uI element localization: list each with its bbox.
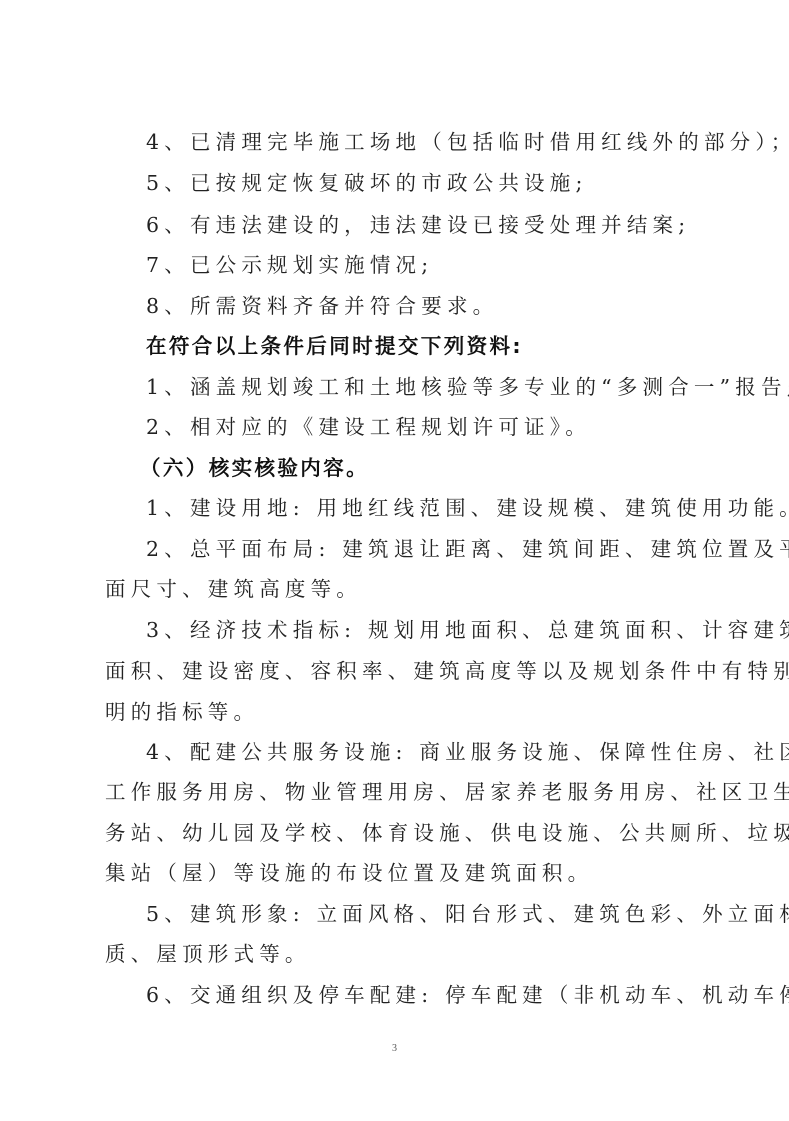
condition-item-5: 5、已按规定恢复破坏的市政公共设施; — [146, 168, 726, 198]
material-item-1: 1、涵盖规划竣工和土地核验等多专业的“多测合一”报告; — [146, 372, 726, 402]
condition-item-6: 6、有违法建设的，违法建设已接受处理并结案; — [146, 210, 726, 240]
section-heading: （六）核实核验内容。 — [140, 453, 720, 483]
document-page: 4、已清理完毕施工场地（包括临时借用红线外的部分）； 5、已按规定恢复破坏的市政… — [0, 0, 789, 1121]
section-item-5-line-1: 5、建筑形象: 立面风格、阳台形式、建筑色彩、外立面材 — [146, 899, 726, 929]
section-item-4-line-1: 4、配建公共服务设施: 商业服务设施、保障性住房、社区 — [146, 737, 726, 767]
section-item-4-line-4: 集站（屋）等设施的布设位置及建筑面积。 — [105, 858, 685, 888]
section-item-2-line-2: 面尺寸、建筑高度等。 — [105, 574, 685, 604]
section-item-4-line-3: 务站、幼儿园及学校、体育设施、供电设施、公共厕所、垃圾收 — [105, 818, 685, 848]
section-item-4-line-2: 工作服务用房、物业管理用房、居家养老服务用房、社区卫生服 — [105, 777, 685, 807]
condition-item-4: 4、已清理完毕施工场地（包括临时借用红线外的部分）； — [146, 127, 726, 157]
materials-heading: 在符合以上条件后同时提交下列资料: — [146, 331, 726, 361]
section-item-3-line-2: 面积、建设密度、容积率、建筑高度等以及规划条件中有特别说 — [105, 656, 685, 686]
material-item-2: 2、相对应的《建设工程规划许可证》。 — [146, 412, 726, 442]
section-item-2-line-1: 2、总平面布局: 建筑退让距离、建筑间距、建筑位置及平 — [146, 534, 726, 564]
condition-item-7: 7、已公示规划实施情况; — [146, 250, 726, 280]
section-item-5-line-2: 质、屋顶形式等。 — [105, 939, 685, 969]
section-item-1-line-1: 1、建设用地: 用地红线范围、建设规模、建筑使用功能。 — [146, 493, 726, 523]
section-item-3-line-1: 3、经济技术指标: 规划用地面积、总建筑面积、计容建筑 — [146, 615, 726, 645]
condition-item-8: 8、所需资料齐备并符合要求。 — [146, 291, 726, 321]
section-item-3-line-3: 明的指标等。 — [105, 697, 685, 727]
page-number: 3 — [0, 1043, 789, 1054]
section-item-6-line-1: 6、交通组织及停车配建: 停车配建（非机动车、机动车停 — [146, 980, 726, 1010]
